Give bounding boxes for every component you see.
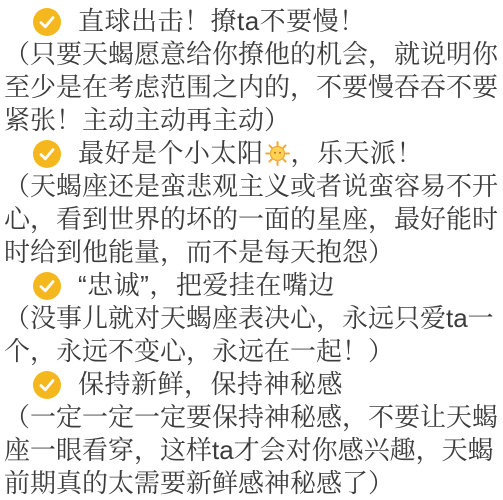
check-circle-icon	[33, 371, 61, 399]
tip-body: （只要天蝎愿意给你撩他的机会，就说明你至少是在考虑范围之内的，不要慢吞吞不要紧张…	[4, 38, 500, 137]
tip-body: （一定一定一定要保持神秘感，不要让天蝎座一眼看穿，这样ta才会对你感兴趣，天蝎前…	[4, 401, 500, 500]
note-page: 直球出击！撩ta不要慢！ （只要天蝎愿意给你撩他的机会，就说明你至少是在考虑范围…	[0, 0, 503, 500]
tip-body: （没事儿就对天蝎座表决心，永远只爱ta一个，永远不变心，永远在一起！）	[4, 302, 500, 368]
tip-title-row: 最好是个小太阳，乐天派！	[33, 137, 503, 170]
tip-title-text: 最好是个小太阳	[78, 138, 264, 168]
tip-title-row: “忠诚”，把爱挂在嘴边	[33, 269, 503, 302]
tip-title: 直球出击！撩ta不要慢！	[78, 5, 366, 38]
tip-title-text: ，乐天派！	[291, 138, 424, 168]
tip-title-row: 保持新鲜，保持神秘感	[33, 368, 503, 401]
sun-with-face-emoji-icon	[265, 141, 290, 166]
tip-title: “忠诚”，把爱挂在嘴边	[78, 269, 335, 302]
tip-title: 保持新鲜，保持神秘感	[78, 368, 343, 401]
tip-section-2: 最好是个小太阳，乐天派！ （天蝎座还是蛮悲观主义或者说蛮容易不开心，看到世界的坏…	[0, 137, 503, 269]
tip-section-1: 直球出击！撩ta不要慢！ （只要天蝎愿意给你撩他的机会，就说明你至少是在考虑范围…	[0, 5, 503, 137]
tip-section-4: 保持新鲜，保持神秘感 （一定一定一定要保持神秘感，不要让天蝎座一眼看穿，这样ta…	[0, 368, 503, 500]
check-circle-icon	[33, 272, 61, 300]
check-circle-icon	[33, 8, 61, 36]
check-circle-icon	[33, 140, 61, 168]
tip-body: （天蝎座还是蛮悲观主义或者说蛮容易不开心，看到世界的坏的一面的星座，最好能时时给…	[4, 170, 500, 269]
tip-title: 最好是个小太阳，乐天派！	[78, 137, 423, 170]
tip-section-3: “忠诚”，把爱挂在嘴边 （没事儿就对天蝎座表决心，永远只爱ta一个，永远不变心，…	[0, 269, 503, 368]
tip-title-row: 直球出击！撩ta不要慢！	[33, 5, 503, 38]
